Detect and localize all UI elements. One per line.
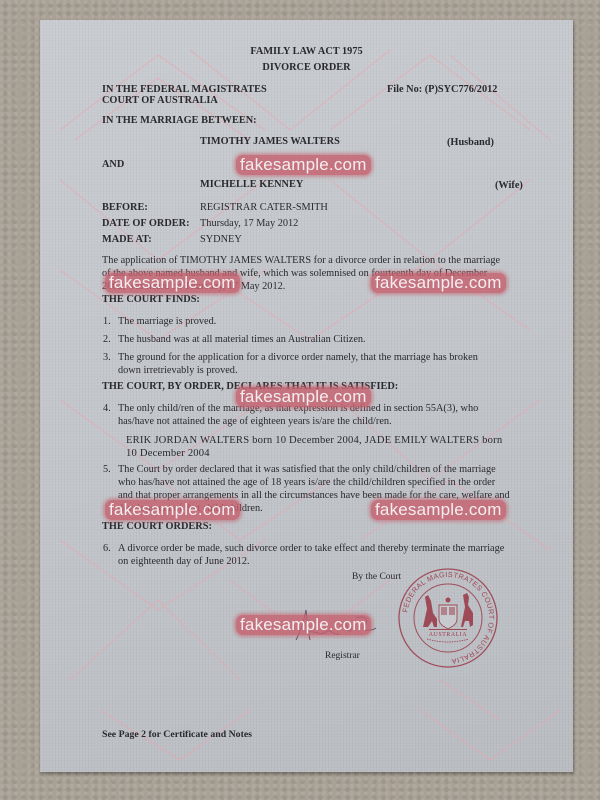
- watermark: fakesample.com: [371, 500, 506, 520]
- watermark: fakesample.com: [236, 155, 371, 175]
- registrar-label: Registrar: [325, 650, 360, 663]
- finding-item: The husband was at all material times an…: [118, 333, 510, 346]
- declaration-number: 5.: [103, 463, 111, 476]
- order-item: A divorce order be made, such divorce or…: [118, 542, 512, 568]
- divorce-order-page: FAMILY LAW ACT 1975 DIVORCE ORDER IN THE…: [40, 20, 573, 772]
- court-finds-heading: THE COURT FINDS:: [102, 293, 200, 306]
- declaration-number: 4.: [103, 402, 111, 415]
- watermark: fakesample.com: [236, 387, 371, 407]
- file-number: File No: (P)SYC776/2012: [387, 83, 497, 96]
- marriage-between-heading: IN THE MARRIAGE BETWEEN:: [102, 114, 257, 127]
- wife-name: MICHELLE KENNEY: [200, 178, 303, 191]
- footer-note: See Page 2 for Certificate and Notes: [102, 728, 252, 741]
- act-title: FAMILY LAW ACT 1975: [40, 45, 573, 58]
- date-of-order-label: DATE OF ORDER:: [102, 217, 190, 230]
- finding-number: 2.: [103, 333, 111, 346]
- orders-heading: THE COURT ORDERS:: [102, 520, 212, 533]
- children-list: ERIK JORDAN WALTERS born 10 December 200…: [126, 434, 516, 460]
- before-value: REGISTRAR CATER-SMITH: [200, 201, 328, 214]
- date-of-order-value: Thursday, 17 May 2012: [200, 217, 298, 230]
- husband-role: (Husband): [447, 136, 494, 149]
- order-number: 6.: [103, 542, 111, 555]
- finding-number: 3.: [103, 351, 111, 364]
- watermark: fakesample.com: [105, 500, 240, 520]
- and-label: AND: [102, 158, 124, 171]
- finding-number: 1.: [103, 315, 111, 328]
- document-title: DIVORCE ORDER: [40, 61, 573, 74]
- before-label: BEFORE:: [102, 201, 148, 214]
- court-name-line2: COURT OF AUSTRALIA: [102, 94, 218, 107]
- finding-item: The marriage is proved.: [118, 315, 510, 328]
- court-seal: FEDERAL MAGISTRATES COURT OF AUSTRALIA A…: [397, 567, 499, 669]
- wife-role: (Wife): [495, 179, 523, 192]
- seal-banner-text: AUSTRALIA: [429, 632, 467, 638]
- finding-item: The ground for the application for a div…: [118, 351, 503, 377]
- watermark: fakesample.com: [236, 615, 371, 635]
- watermark: fakesample.com: [105, 273, 240, 293]
- made-at-value: SYDNEY: [200, 233, 242, 246]
- watermark: fakesample.com: [371, 273, 506, 293]
- made-at-label: MADE AT:: [102, 233, 152, 246]
- by-the-court-label: By the Court: [352, 571, 401, 584]
- husband-name: TIMOTHY JAMES WALTERS: [200, 135, 340, 148]
